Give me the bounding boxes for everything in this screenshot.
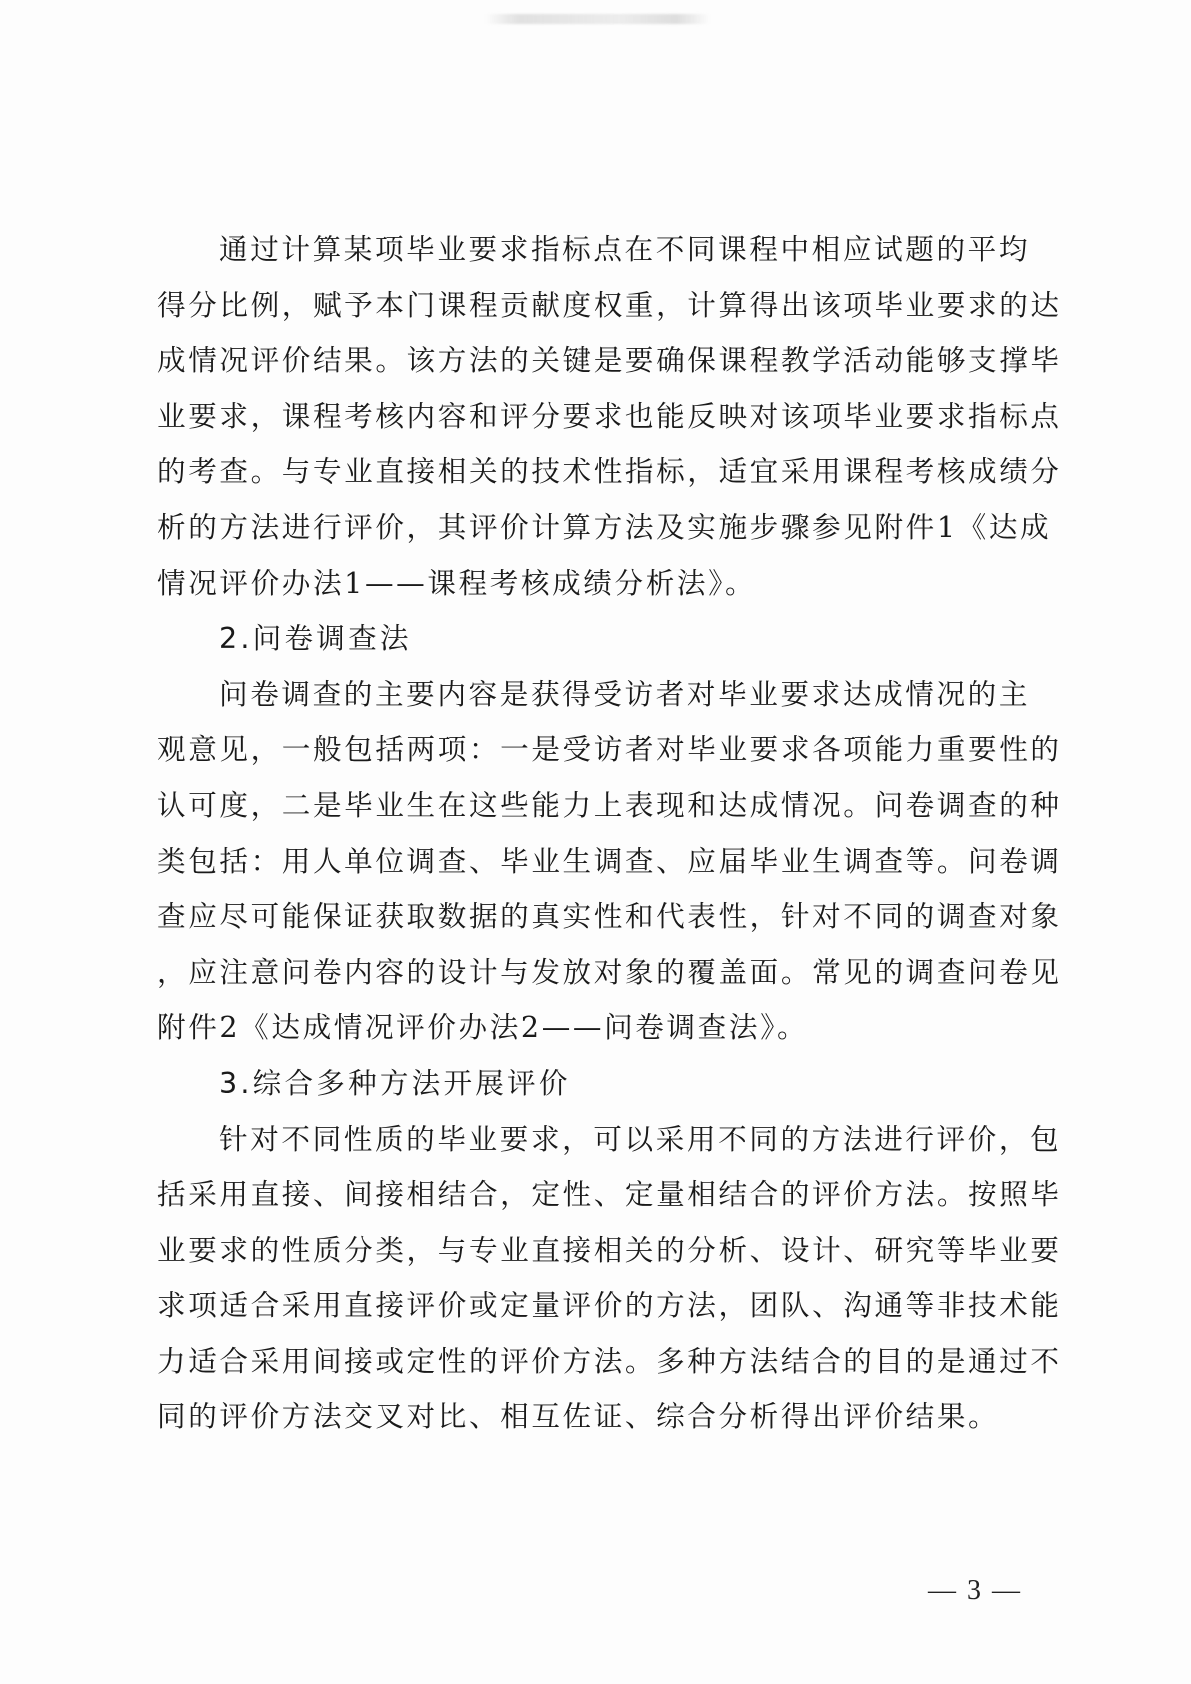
paragraph-combined-methods: 针对不同性质的毕业要求，可以采用不同的方法进行评价，包 括采用直接、间接相结合，… xyxy=(157,1112,1037,1446)
document-body: 通过计算某项毕业要求指标点在不同课程中相应试题的平均 得分比例，赋予本门课程贡献… xyxy=(157,222,1037,1445)
text-line: 观意见，一般包括两项：一是受访者对毕业要求各项能力重要性的 xyxy=(157,722,1037,778)
section-heading-combined-methods: 3.综合多种方法开展评价 xyxy=(157,1056,1037,1112)
text-line: 业要求，课程考核内容和评分要求也能反映对该项毕业要求指标点 xyxy=(157,389,1037,445)
scan-artifact xyxy=(485,14,710,24)
section-heading-questionnaire: 2.问卷调查法 xyxy=(157,611,1037,667)
text-line: 附件2《达成情况评价办法2——问卷调查法》。 xyxy=(157,1000,1037,1056)
text-line: 括采用直接、间接相结合，定性、定量相结合的评价方法。按照毕 xyxy=(157,1167,1037,1223)
page-number: — 3 — xyxy=(928,1575,1022,1607)
text-line: 通过计算某项毕业要求指标点在不同课程中相应试题的平均 xyxy=(157,222,1037,278)
text-line: ，应注意问卷内容的设计与发放对象的覆盖面。常见的调查问卷见 xyxy=(157,945,1037,1001)
text-line: 的考查。与专业直接相关的技术性指标，适宜采用课程考核成绩分 xyxy=(157,444,1037,500)
paragraph-questionnaire: 问卷调查的主要内容是获得受访者对毕业要求达成情况的主 观意见，一般包括两项：一是… xyxy=(157,667,1037,1056)
text-line: 力适合采用间接或定性的评价方法。多种方法结合的目的是通过不 xyxy=(157,1334,1037,1390)
text-line: 针对不同性质的毕业要求，可以采用不同的方法进行评价，包 xyxy=(157,1112,1037,1168)
text-line: 业要求的性质分类，与专业直接相关的分析、设计、研究等毕业要 xyxy=(157,1223,1037,1279)
text-line: 成情况评价结果。该方法的关键是要确保课程教学活动能够支撑毕 xyxy=(157,333,1037,389)
paragraph-course-assessment: 通过计算某项毕业要求指标点在不同课程中相应试题的平均 得分比例，赋予本门课程贡献… xyxy=(157,222,1037,611)
text-line: 问卷调查的主要内容是获得受访者对毕业要求达成情况的主 xyxy=(157,667,1037,723)
text-line: 类包括：用人单位调查、毕业生调查、应届毕业生调查等。问卷调 xyxy=(157,834,1037,890)
text-line: 情况评价办法1——课程考核成绩分析法》。 xyxy=(157,556,1037,612)
text-line: 认可度，二是毕业生在这些能力上表现和达成情况。问卷调查的种 xyxy=(157,778,1037,834)
text-line: 得分比例，赋予本门课程贡献度权重，计算得出该项毕业要求的达 xyxy=(157,278,1037,334)
text-line: 同的评价方法交叉对比、相互佐证、综合分析得出评价结果。 xyxy=(157,1389,1037,1445)
text-line: 析的方法进行评价，其评价计算方法及实施步骤参见附件1《达成 xyxy=(157,500,1037,556)
text-line: 查应尽可能保证获取数据的真实性和代表性，针对不同的调查对象 xyxy=(157,889,1037,945)
text-line: 求项适合采用直接评价或定量评价的方法，团队、沟通等非技术能 xyxy=(157,1278,1037,1334)
